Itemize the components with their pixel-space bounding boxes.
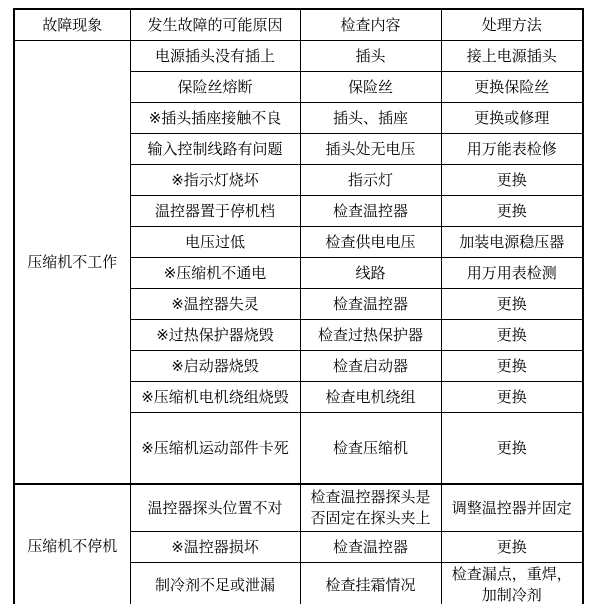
remedy-cell: 更换 xyxy=(441,289,583,320)
check-cell: 检查压缩机 xyxy=(300,413,441,485)
remedy-cell: 更换 xyxy=(441,351,583,382)
check-cell: 检查启动器 xyxy=(300,351,441,382)
cause-cell: 制冷剂不足或泄漏 xyxy=(130,563,300,604)
remedy-cell: 更换 xyxy=(441,413,583,485)
cause-cell: ※压缩机电机绕组烧毁 xyxy=(130,382,300,413)
check-cell: 检查挂霜情况 xyxy=(300,563,441,604)
remedy-cell: 更换 xyxy=(441,382,583,413)
check-cell: 检查温控器 xyxy=(300,289,441,320)
cause-cell: ※温控器失灵 xyxy=(130,289,300,320)
check-cell: 插头处无电压 xyxy=(300,134,441,165)
remedy-cell: 更换 xyxy=(441,196,583,227)
cause-cell: ※过热保护器烧毁 xyxy=(130,320,300,351)
cause-cell: 电源插头没有插上 xyxy=(130,41,300,72)
table-row: 压缩机不停机温控器探头位置不对检查温控器探头是否固定在探头夹上调整温控器并固定 xyxy=(14,484,583,532)
cause-cell: ※插头插座接触不良 xyxy=(130,103,300,134)
header-possible-cause: 发生故障的可能原因 xyxy=(130,9,300,41)
header-remedy: 处理方法 xyxy=(441,9,583,41)
remedy-cell: 更换 xyxy=(441,165,583,196)
check-cell: 指示灯 xyxy=(300,165,441,196)
cause-cell: ※压缩机不通电 xyxy=(130,258,300,289)
fault-phenomenon-cell: 压缩机不停机 xyxy=(14,484,130,604)
remedy-cell: 更换 xyxy=(441,532,583,563)
cause-cell: 电压过低 xyxy=(130,227,300,258)
cause-cell: 温控器置于停机档 xyxy=(130,196,300,227)
check-cell: 检查电机绕组 xyxy=(300,382,441,413)
check-cell: 检查温控器探头是否固定在探头夹上 xyxy=(300,484,441,532)
cause-cell: 保险丝熔断 xyxy=(130,72,300,103)
cause-cell: ※温控器损坏 xyxy=(130,532,300,563)
remedy-cell: 调整温控器并固定 xyxy=(441,484,583,532)
remedy-cell: 更换 xyxy=(441,320,583,351)
header-fault-phenomenon: 故障现象 xyxy=(14,9,130,41)
header-check-content: 检查内容 xyxy=(300,9,441,41)
remedy-cell: 更换或修理 xyxy=(441,103,583,134)
remedy-cell: 用万用表检测 xyxy=(441,258,583,289)
fault-diagnosis-table: 故障现象 发生故障的可能原因 检查内容 处理方法 压缩机不工作电源插头没有插上插… xyxy=(13,8,584,604)
remedy-cell: 检查漏点，重焊，加制冷剂 xyxy=(441,563,583,604)
check-cell: 检查供电电压 xyxy=(300,227,441,258)
cause-cell: ※启动器烧毁 xyxy=(130,351,300,382)
check-cell: 检查过热保护器 xyxy=(300,320,441,351)
check-cell: 保险丝 xyxy=(300,72,441,103)
cause-cell: 温控器探头位置不对 xyxy=(130,484,300,532)
check-cell: 线路 xyxy=(300,258,441,289)
cause-cell: ※压缩机运动部件卡死 xyxy=(130,413,300,485)
check-cell: 插头、插座 xyxy=(300,103,441,134)
table-header-row: 故障现象 发生故障的可能原因 检查内容 处理方法 xyxy=(14,9,583,41)
check-cell: 检查温控器 xyxy=(300,532,441,563)
remedy-cell: 加装电源稳压器 xyxy=(441,227,583,258)
table-row: 压缩机不工作电源插头没有插上插头接上电源插头 xyxy=(14,41,583,72)
remedy-cell: 用万能表检修 xyxy=(441,134,583,165)
check-cell: 检查温控器 xyxy=(300,196,441,227)
cause-cell: ※指示灯烧坏 xyxy=(130,165,300,196)
remedy-cell: 接上电源插头 xyxy=(441,41,583,72)
fault-phenomenon-cell: 压缩机不工作 xyxy=(14,41,130,485)
remedy-cell: 更换保险丝 xyxy=(441,72,583,103)
check-cell: 插头 xyxy=(300,41,441,72)
table-body: 压缩机不工作电源插头没有插上插头接上电源插头保险丝熔断保险丝更换保险丝※插头插座… xyxy=(14,41,583,604)
cause-cell: 输入控制线路有问题 xyxy=(130,134,300,165)
